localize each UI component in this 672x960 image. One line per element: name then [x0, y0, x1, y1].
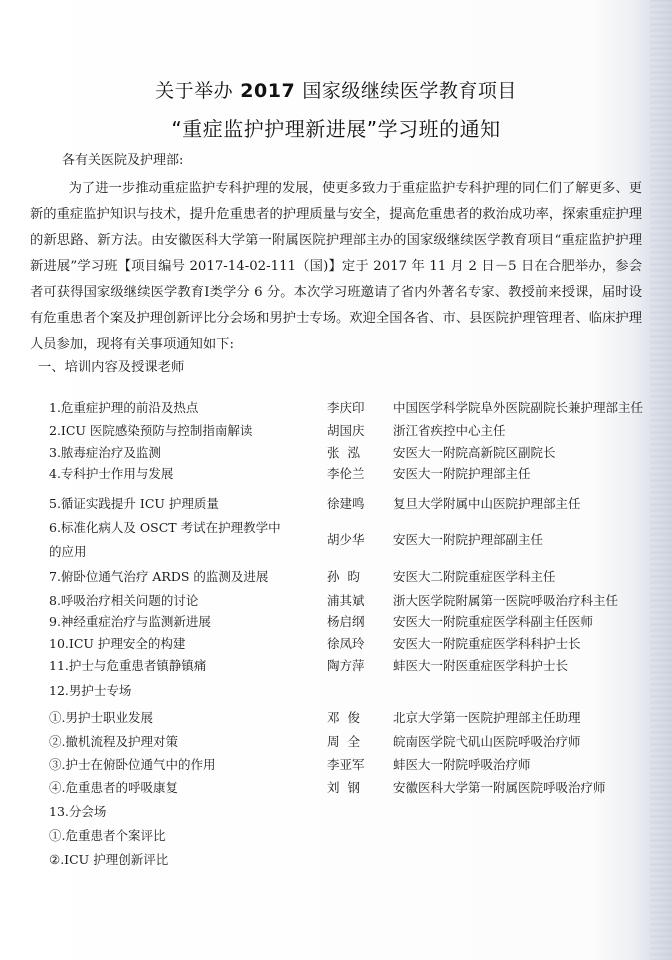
course-teacher: 胡少华: [327, 530, 377, 548]
course-teacher: 张 泓: [327, 443, 377, 461]
course-topic: 13.分会场: [49, 802, 106, 820]
course-topic: ①.男护士职业发展: [49, 708, 153, 726]
course-topic: 9.神经重症治疗与监测新进展: [49, 612, 211, 630]
course-teacher: 徐建鸣: [327, 494, 377, 512]
course-topic: ①.危重患者个案评比: [49, 826, 165, 844]
course-topic: ②.ICU 护理创新评比: [49, 850, 168, 868]
course-row: 3.脓毒症治疗及监测 张 泓 安医大一附院高新院区副院长: [0, 443, 672, 465]
course-row: 1.危重症护理的前沿及热点 李庆印 中国医学科学院阜外医院副院长兼护理部主任: [0, 398, 672, 420]
course-teacher: 胡国庆: [327, 421, 377, 439]
course-row-male-nurse-session: 12.男护士专场: [0, 681, 672, 703]
course-topic: 4.专科护士作用与发展: [49, 464, 173, 482]
course-topic: ②.撤机流程及护理对策: [49, 732, 178, 750]
salutation: 各有关医院及护理部:: [62, 149, 183, 168]
course-row: 5.循证实践提升 ICU 护理质量 徐建鸣 复旦大学附属中山医院护理部主任: [0, 494, 672, 516]
course-teacher: 刘 钢: [327, 778, 377, 796]
course-row: 6.标准化病人及 OSCT 考试在护理教学中 的应用 胡少华 安医大一附院护理部…: [0, 516, 672, 568]
course-affiliation: 蚌医大一附医重症医学科护士长: [393, 656, 568, 674]
course-topic: 10.ICU 护理安全的构建: [49, 634, 185, 652]
course-topic: 7.俯卧位通气治疗 ARDS 的监测及进展: [49, 567, 268, 585]
course-affiliation: 安医大一附院护理部副主任: [393, 530, 543, 548]
course-affiliation: 浙大医学院附属第一医院呼吸治疗科主任: [393, 591, 618, 609]
document-title-line1: 关于举办 2017 国家级继续医学教育项目: [0, 76, 672, 103]
course-row: ②.撤机流程及护理对策 周 全 皖南医学院弋矶山医院呼吸治疗师: [0, 732, 672, 754]
course-topic: 5.循证实践提升 ICU 护理质量: [49, 494, 219, 512]
document-page: 关于举办 2017 国家级继续医学教育项目 “重症监护护理新进展”学习班的通知 …: [0, 0, 672, 960]
course-teacher: 李亚军: [327, 755, 377, 773]
course-teacher: 孙 昀: [327, 567, 377, 585]
course-teacher: 周 全: [327, 732, 377, 750]
course-teacher: 徐凤玲: [327, 634, 377, 652]
course-topic: 11.护士与危重患者镇静镇痛: [49, 656, 206, 674]
course-affiliation: 蚌医大一附院呼吸治疗师: [393, 755, 531, 773]
course-topic: 8.呼吸治疗相关问题的讨论: [49, 591, 198, 609]
course-affiliation: 安医大一附院高新院区副院长: [393, 443, 556, 461]
course-affiliation: 安医大一附院重症医学科科护士长: [393, 634, 581, 652]
course-row: ①.危重患者个案评比: [0, 826, 672, 848]
course-teacher: 杨启纲: [327, 612, 377, 630]
course-teacher: 陶方萍: [327, 656, 377, 674]
course-row: ③.护士在俯卧位通气中的作用 李亚军 蚌医大一附院呼吸治疗师: [0, 755, 672, 777]
course-row: 7.俯卧位通气治疗 ARDS 的监测及进展 孙 昀 安医大二附院重症医学科主任: [0, 567, 672, 589]
course-topic: 3.脓毒症治疗及监测: [49, 443, 161, 461]
course-affiliation: 皖南医学院弋矶山医院呼吸治疗师: [393, 732, 581, 750]
course-affiliation: 安医大一附院重症医学科副主任医师: [393, 612, 593, 630]
course-teacher: 邓 俊: [327, 708, 377, 726]
course-row: 8.呼吸治疗相关问题的讨论 浦其斌 浙大医学院附属第一医院呼吸治疗科主任: [0, 591, 672, 613]
title-prefix: 关于举办: [155, 80, 233, 102]
course-row-breakout-session: 13.分会场: [0, 802, 672, 824]
title-year: 2017: [233, 80, 302, 102]
course-affiliation: 复旦大学附属中山医院护理部主任: [393, 494, 581, 512]
course-row: ④.危重患者的呼吸康复 刘 钢 安徽医科大学第一附属医院呼吸治疗师: [0, 778, 672, 800]
course-topic: 12.男护士专场: [49, 681, 131, 699]
course-topic: 2.ICU 医院感染预防与控制指南解读: [49, 421, 252, 439]
course-affiliation: 安徽医科大学第一附属医院呼吸治疗师: [393, 778, 606, 796]
course-topic: ③.护士在俯卧位通气中的作用: [49, 755, 215, 773]
course-affiliation: 中国医学科学院阜外医院副院长兼护理部主任: [393, 398, 643, 416]
course-affiliation: 北京大学第一医院护理部主任助理: [393, 708, 581, 726]
course-affiliation: 安医大一附院护理部主任: [393, 464, 531, 482]
course-row: 11.护士与危重患者镇静镇痛 陶方萍 蚌医大一附医重症医学科护士长: [0, 656, 672, 678]
course-topic: ④.危重患者的呼吸康复: [49, 778, 178, 796]
document-title-line2: “重症监护护理新进展”学习班的通知: [0, 113, 672, 142]
course-topic: 6.标准化病人及 OSCT 考试在护理教学中 的应用: [49, 516, 281, 564]
course-row: ②.ICU 护理创新评比: [0, 850, 672, 872]
course-topic-line1: 6.标准化病人及 OSCT 考试在护理教学中: [49, 516, 281, 540]
course-teacher: 浦其斌: [327, 591, 377, 609]
course-affiliation: 浙江省疾控中心主任: [393, 421, 506, 439]
course-topic-line2: 的应用: [49, 540, 281, 564]
intro-paragraph: 为了进一步推动重症监护专科护理的发展，使更多致力于重症监护专科护理的同仁们了解更…: [30, 176, 642, 358]
course-row: 10.ICU 护理安全的构建 徐凤玲 安医大一附院重症医学科科护士长: [0, 634, 672, 656]
course-row: 2.ICU 医院感染预防与控制指南解读 胡国庆 浙江省疾控中心主任: [0, 421, 672, 443]
course-topic: 1.危重症护理的前沿及热点: [49, 398, 198, 416]
section-heading-training: 一、培训内容及授课老师: [38, 356, 184, 375]
course-affiliation: 安医大二附院重症医学科主任: [393, 567, 556, 585]
course-teacher: 李庆印: [327, 398, 377, 416]
course-teacher: 李伦兰: [327, 464, 377, 482]
title-suffix: 国家级继续医学教育项目: [302, 80, 517, 102]
course-row: 4.专科护士作用与发展 李伦兰 安医大一附院护理部主任: [0, 464, 672, 486]
course-row: ①.男护士职业发展 邓 俊 北京大学第一医院护理部主任助理: [0, 708, 672, 730]
course-row: 9.神经重症治疗与监测新进展 杨启纲 安医大一附院重症医学科副主任医师: [0, 612, 672, 634]
